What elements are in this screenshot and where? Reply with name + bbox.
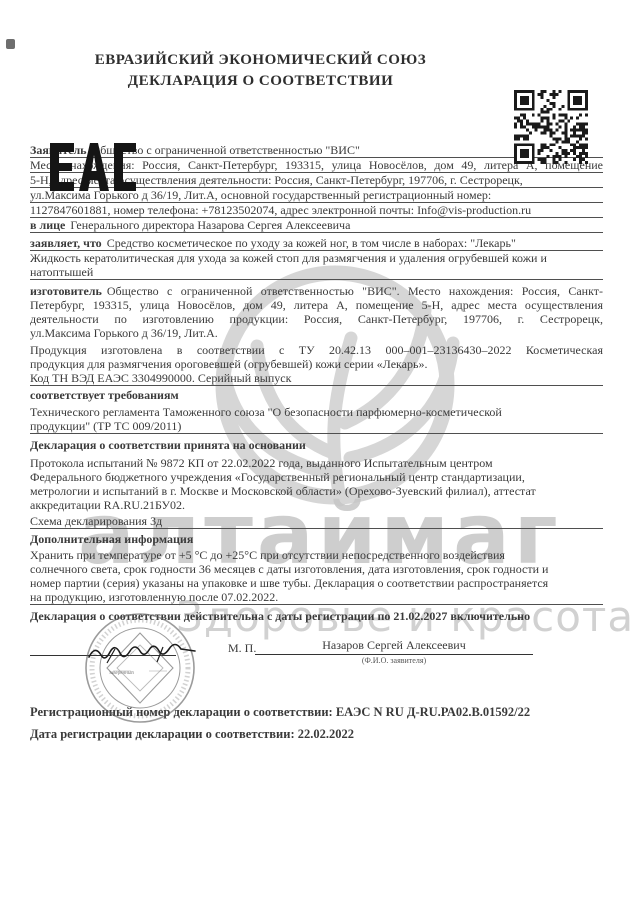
manufacturer-label: изготовитель <box>30 284 102 298</box>
additional-line: Хранить при температуре от +5 °С до +25°… <box>30 548 603 562</box>
additional-line: номер партии (серия) указаны на упаковке… <box>30 576 603 590</box>
signature-block: заверенный М. П. Назаров Сергей Алексеев… <box>30 629 603 689</box>
additional-header: Дополнительная информация <box>30 532 603 546</box>
manufacturer-line: изготовительОбщество с ограниченной отве… <box>30 284 603 298</box>
signatory: Назаров Сергей Алексеевич (Ф.И.О. заявит… <box>255 638 533 666</box>
registration-date-line: Дата регистрации декларации о соответств… <box>30 727 603 742</box>
declaration-document: ЕВРАЗИЙСКИЙ ЭКОНОМИЧЕСКИЙ СОЮЗ ДЕКЛАРАЦИ… <box>0 50 631 742</box>
basis-line: метрологии и испытаний в г. Москве и Мос… <box>30 484 603 498</box>
declares-line: заявляет, чтоСредство косметическое по у… <box>30 236 603 251</box>
mp-label: М. П. <box>228 641 256 656</box>
scan-artifact <box>6 39 15 49</box>
handwritten-signature-icon <box>85 639 205 669</box>
complies-header: соответствует требованиям <box>30 388 603 402</box>
title-line-union: ЕВРАЗИЙСКИЙ ЭКОНОМИЧЕСКИЙ СОЮЗ <box>0 50 521 71</box>
declares-line: натоптышей <box>30 265 603 280</box>
regulation-line: продукции" (ТР ТС 009/2011) <box>30 419 603 434</box>
manufacturer-line: Петербург, 193315, улица Новосёлов, дом … <box>30 298 603 312</box>
declaration-page: алтаймаг Здоровье и красота ЕВРАЗИЙСКИЙ … <box>0 0 631 900</box>
applicant-address-line: 1127847601881, номер телефона: +78123502… <box>30 203 603 218</box>
manufacturer-value: Общество с ограниченной ответственностью… <box>107 284 603 298</box>
svg-text:заверенный: заверенный <box>109 671 134 676</box>
title-line-declaration: ДЕКЛАРАЦИЯ О СООТВЕТСТВИИ <box>0 71 521 92</box>
basis-header: Декларация о соответствии принята на осн… <box>30 438 603 452</box>
document-title: ЕВРАЗИЙСКИЙ ЭКОНОМИЧЕСКИЙ СОЮЗ ДЕКЛАРАЦИ… <box>0 50 521 92</box>
tnved-line: Код ТН ВЭД ЕАЭС 3304990000. Серийный вып… <box>30 371 603 386</box>
declares-value: Средство косметическое по уходу за кожей… <box>107 236 516 250</box>
manufacturer-line: деятельности по изготовлению продукции: … <box>30 312 603 326</box>
declares-label: заявляет, что <box>30 236 102 250</box>
production-line: продукция для размягчения ороговевшей (о… <box>30 357 603 371</box>
person-value: Генерального директора Назарова Сергея А… <box>70 218 350 232</box>
eac-mark-icon <box>48 142 138 192</box>
manufacturer-line: ул.Максима Горького д 36/19, Лит.А. <box>30 326 603 340</box>
document-body: ЗаявительОбщество с ограниченной ответст… <box>30 143 603 623</box>
additional-line: на продукцию, изготовленную после 07.02.… <box>30 590 603 605</box>
regulation-line: Технического регламента Таможенного союз… <box>30 405 603 419</box>
person-label: в лице <box>30 218 65 232</box>
signatory-line <box>255 654 533 655</box>
person-line: в лицеГенерального директора Назарова Се… <box>30 218 603 233</box>
additional-line: солнечного света, срок годности 36 месяц… <box>30 562 603 576</box>
basis-line: Федерального бюджетного учреждения «Госу… <box>30 470 603 484</box>
scheme-line: Схема декларирования 3д <box>30 514 603 529</box>
basis-line: Протокола испытаний № 9872 КП от 22.02.2… <box>30 456 603 470</box>
declares-line: Жидкость кератолитическая для ухода за к… <box>30 251 603 265</box>
qr-code <box>514 90 588 164</box>
production-line: Продукция изготовлена в соответствии с Т… <box>30 343 603 357</box>
basis-line: аккредитации RA.RU.21БУ02. <box>30 498 603 512</box>
signatory-caption: (Ф.И.О. заявителя) <box>255 656 533 666</box>
signatory-name: Назаров Сергей Алексеевич <box>255 638 533 652</box>
